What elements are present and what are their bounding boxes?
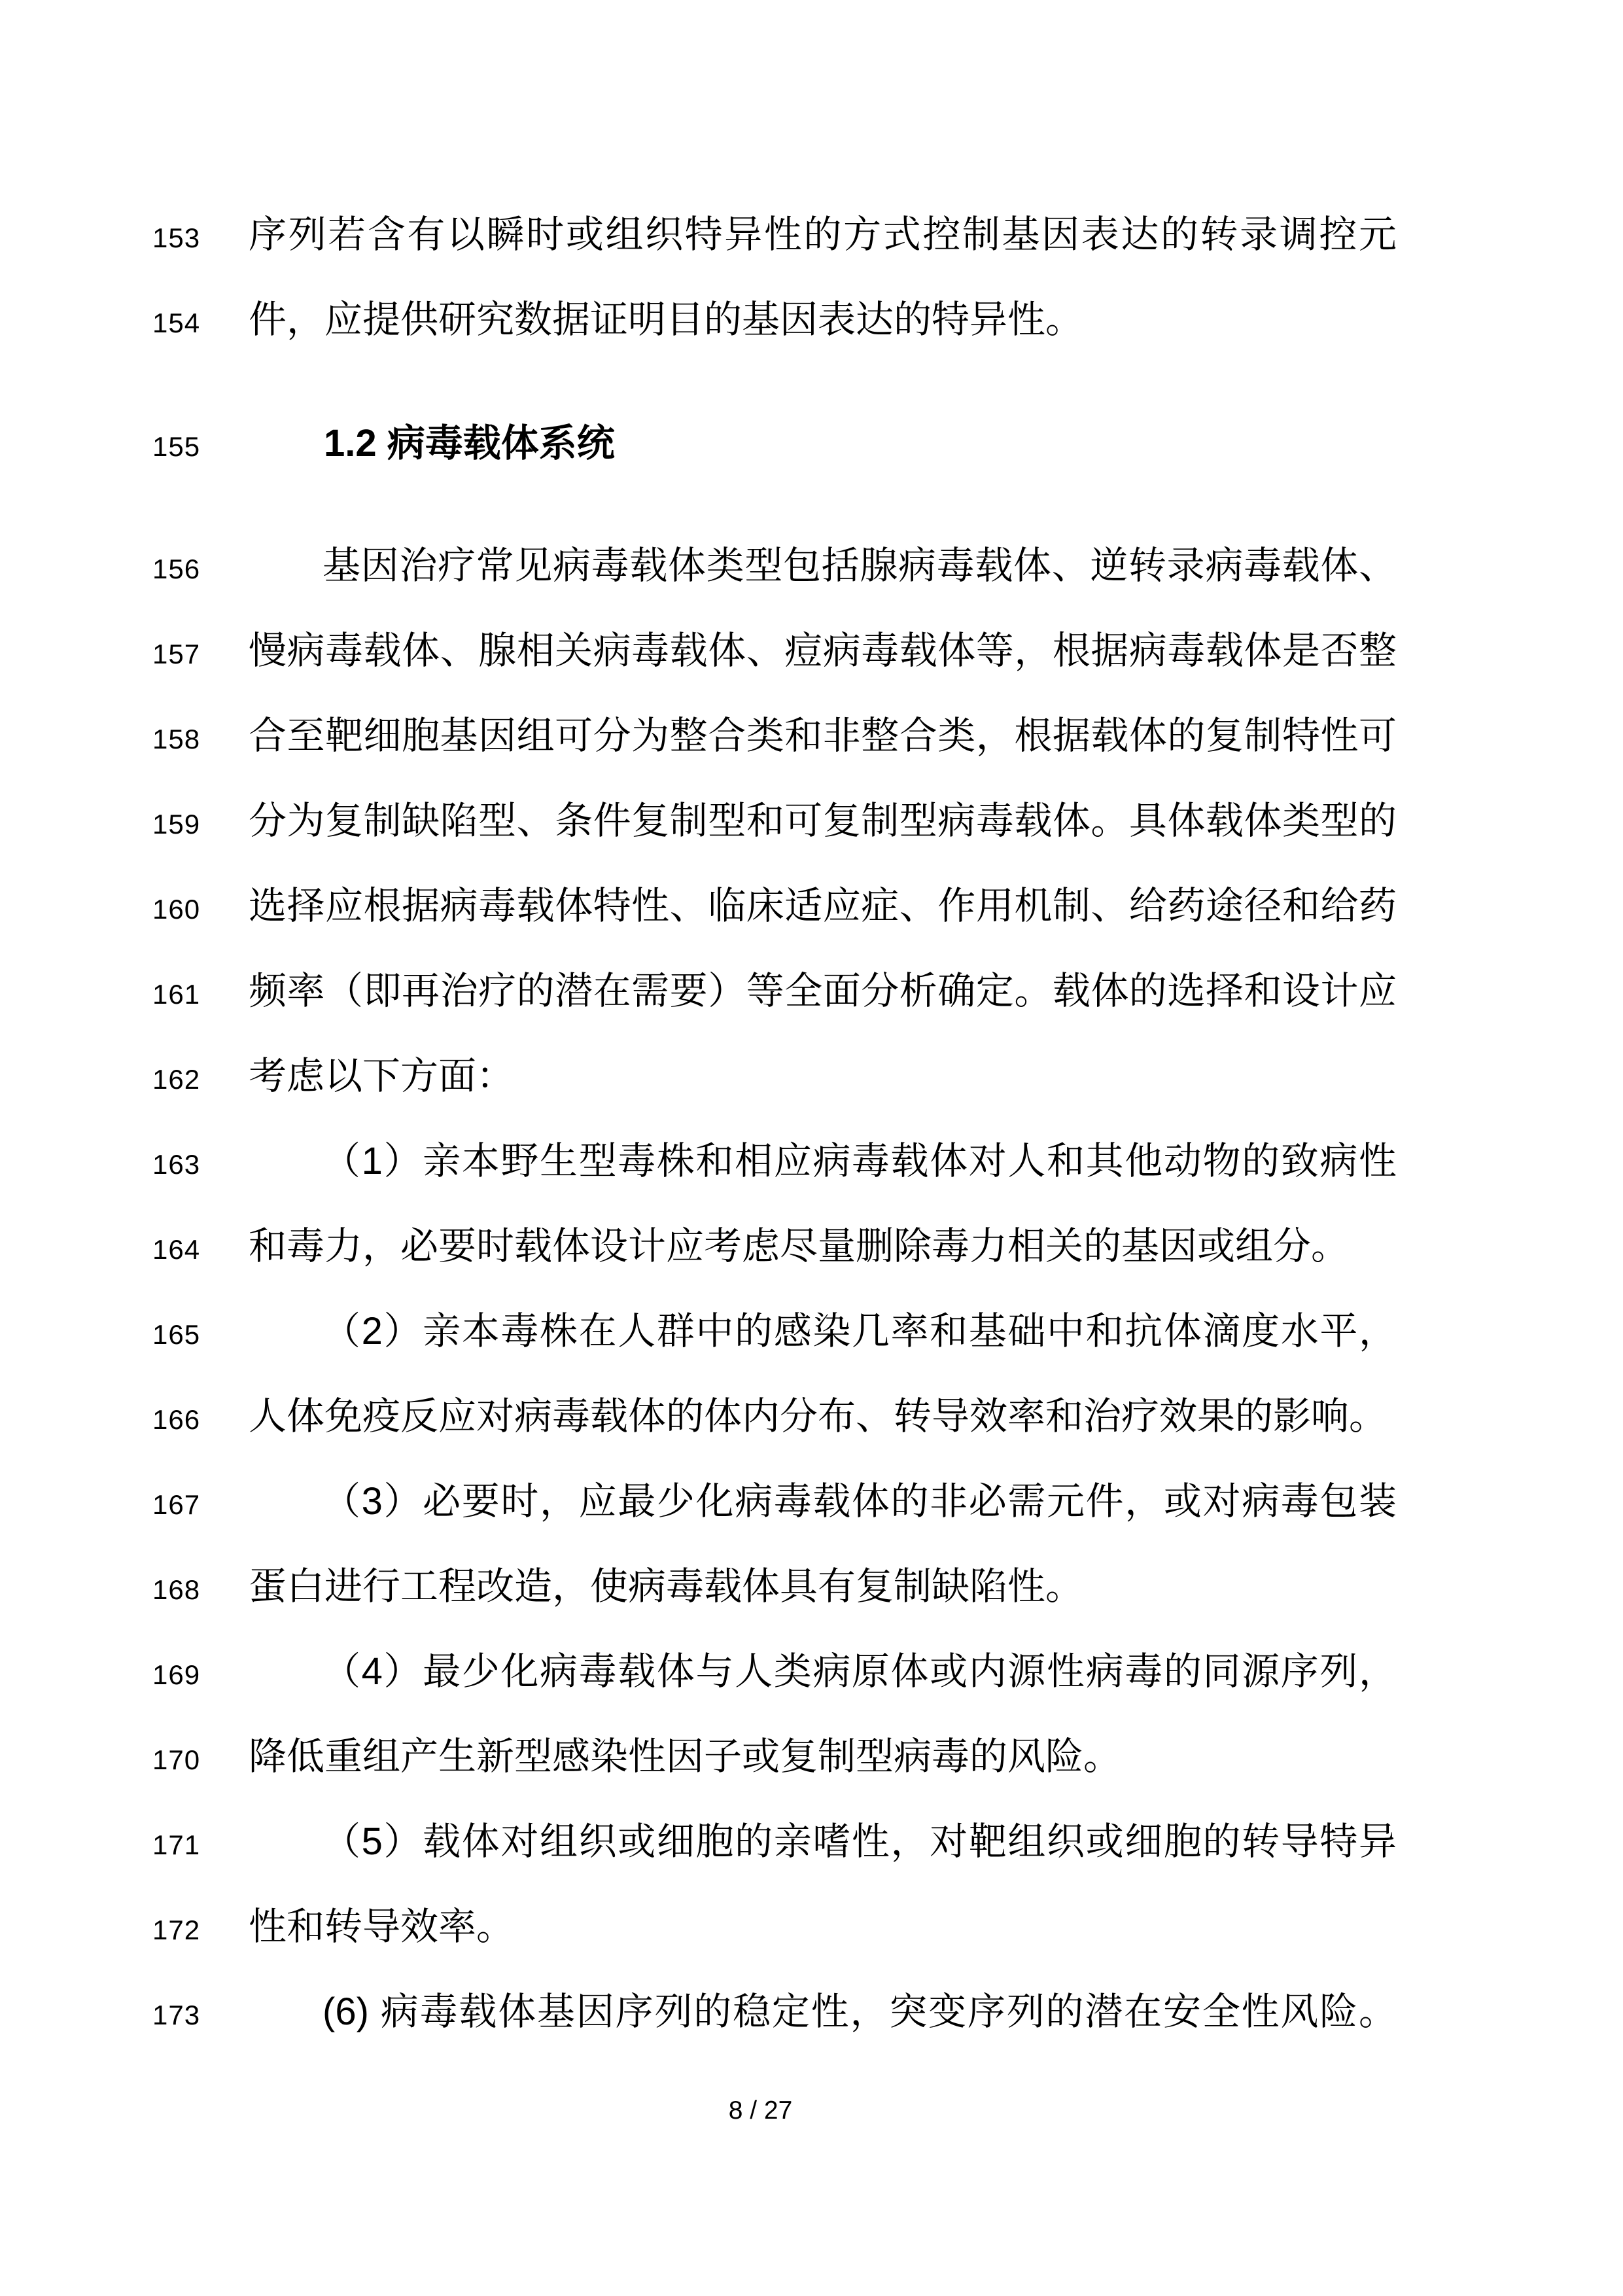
line-number: 158 (152, 726, 249, 753)
line-text: 序列若含有以瞬时或组织特异性的方式控制基因表达的转录调控元 (249, 216, 1397, 254)
line-number: 170 (152, 1746, 249, 1774)
line-text: 慢病毒载体、腺相关病毒载体、痘病毒载体等，根据病毒载体是否整 (249, 632, 1397, 670)
line-text: 1.2 病毒载体系统 (249, 425, 1397, 463)
line-row: 169 （4）最少化病毒载体与人类病原体或内源性病毒的同源序列， (152, 1653, 1397, 1691)
line-row: 157 慢病毒载体、腺相关病毒载体、痘病毒载体等，根据病毒载体是否整 (152, 632, 1397, 670)
document-page: 153 序列若含有以瞬时或组织特异性的方式控制基因表达的转录调控元 154 件，… (0, 0, 1623, 2296)
line-text: 频率（即再治疗的潜在需要）等全面分析确定。载体的选择和设计应 (249, 972, 1397, 1010)
line-row: 153 序列若含有以瞬时或组织特异性的方式控制基因表达的转录调控元 (152, 216, 1397, 254)
line-text: （4）最少化病毒载体与人类病原体或内源性病毒的同源序列， (249, 1653, 1397, 1691)
line-row: 162 考虑以下方面： (152, 1057, 1397, 1095)
line-text: 件，应提供研究数据证明目的基因表达的特异性。 (249, 301, 1397, 339)
page-number-text: 8 / 27 (729, 2096, 793, 2125)
line-text: 和毒力，必要时载体设计应考虑尽量删除毒力相关的基因或组分。 (249, 1227, 1397, 1265)
line-number: 163 (152, 1151, 249, 1178)
line-number: 169 (152, 1661, 249, 1689)
line-number: 166 (152, 1406, 249, 1434)
line-row: 167 （3）必要时，应最少化病毒载体的非必需元件，或对病毒包装 (152, 1483, 1397, 1521)
line-text: 选择应根据病毒载体特性、临床适应症、作用机制、给药途径和给药 (249, 887, 1397, 925)
line-text: 人体免疫反应对病毒载体的体内分布、转导效率和治疗效果的影响。 (249, 1398, 1397, 1436)
line-text: （1）亲本野生型毒株和相应病毒载体对人和其他动物的致病性 (249, 1142, 1397, 1180)
line-number: 161 (152, 981, 249, 1008)
line-text: 分为复制缺陷型、条件复制型和可复制型病毒载体。具体载体类型的 (249, 802, 1397, 840)
line-row: 156 基因治疗常见病毒载体类型包括腺病毒载体、逆转录病毒载体、 (152, 547, 1397, 585)
line-row: 165 （2）亲本毒株在人群中的感染几率和基础中和抗体滴度水平， (152, 1313, 1397, 1351)
line-text: 考虑以下方面： (249, 1057, 1397, 1095)
line-text: 基因治疗常见病毒载体类型包括腺病毒载体、逆转录病毒载体、 (249, 547, 1397, 585)
line-text: (6) 病毒载体基因序列的稳定性，突变序列的潜在安全性风险。 (249, 1993, 1397, 2031)
line-number: 160 (152, 896, 249, 923)
line-text: 蛋白进行工程改造，使病毒载体具有复制缺陷性。 (249, 1568, 1397, 1606)
line-row: 161 频率（即再治疗的潜在需要）等全面分析确定。载体的选择和设计应 (152, 972, 1397, 1010)
line-text: （3）必要时，应最少化病毒载体的非必需元件，或对病毒包装 (249, 1483, 1397, 1521)
line-text: 合至靶细胞基因组可分为整合类和非整合类，根据载体的复制特性可 (249, 717, 1397, 755)
section-heading: 155 1.2 病毒载体系统 (152, 425, 1397, 463)
line-row: 170 降低重组产生新型感染性因子或复制型病毒的风险。 (152, 1738, 1397, 1776)
line-number: 165 (152, 1321, 249, 1349)
page-number: 8 / 27 (0, 2098, 1521, 2123)
line-number: 173 (152, 2002, 249, 2029)
line-row: 166 人体免疫反应对病毒载体的体内分布、转导效率和治疗效果的影响。 (152, 1398, 1397, 1436)
line-row: 160 选择应根据病毒载体特性、临床适应症、作用机制、给药途径和给药 (152, 887, 1397, 925)
line-row: 154 件，应提供研究数据证明目的基因表达的特异性。 (152, 301, 1397, 339)
line-row: 173 (6) 病毒载体基因序列的稳定性，突变序列的潜在安全性风险。 (152, 1993, 1397, 2031)
line-number: 154 (152, 309, 249, 337)
line-number: 155 (152, 433, 249, 461)
line-number: 156 (152, 556, 249, 583)
line-number: 159 (152, 811, 249, 838)
line-row: 171 （5）载体对组织或细胞的亲嗜性，对靶组织或细胞的转导特异 (152, 1823, 1397, 1861)
line-number: 162 (152, 1066, 249, 1093)
line-row: 158 合至靶细胞基因组可分为整合类和非整合类，根据载体的复制特性可 (152, 717, 1397, 755)
line-number: 157 (152, 641, 249, 668)
line-text: （5）载体对组织或细胞的亲嗜性，对靶组织或细胞的转导特异 (249, 1823, 1397, 1861)
line-row: 163 （1）亲本野生型毒株和相应病毒载体对人和其他动物的致病性 (152, 1142, 1397, 1180)
line-number: 171 (152, 1831, 249, 1859)
line-number: 153 (152, 224, 249, 252)
line-row: 168 蛋白进行工程改造，使病毒载体具有复制缺陷性。 (152, 1568, 1397, 1606)
line-text: 降低重组产生新型感染性因子或复制型病毒的风险。 (249, 1738, 1397, 1776)
line-number: 168 (152, 1576, 249, 1604)
line-number: 164 (152, 1236, 249, 1263)
line-number: 172 (152, 1916, 249, 1944)
line-text: 性和转导效率。 (249, 1908, 1397, 1946)
line-number: 167 (152, 1491, 249, 1519)
line-row: 164 和毒力，必要时载体设计应考虑尽量删除毒力相关的基因或组分。 (152, 1227, 1397, 1265)
line-row: 159 分为复制缺陷型、条件复制型和可复制型病毒载体。具体载体类型的 (152, 802, 1397, 840)
line-row: 172 性和转导效率。 (152, 1908, 1397, 1946)
line-text: （2）亲本毒株在人群中的感染几率和基础中和抗体滴度水平， (249, 1313, 1397, 1351)
